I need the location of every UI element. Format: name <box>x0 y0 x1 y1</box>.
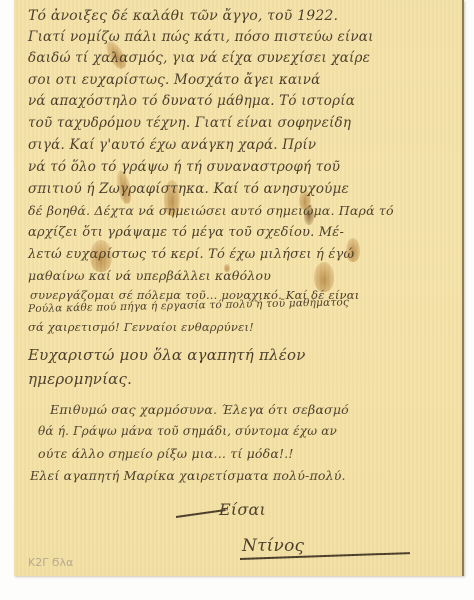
letter-line: λετώ ευχαρίστως τό κερί. Τό έχω μιλήσει … <box>28 247 354 262</box>
letter-line: ούτε άλλο σημείο ρίξω μια... τί μόδα!.! <box>38 446 294 461</box>
letter-line: Ευχαριστώ μου ὅλα αγαπητή πλέον <box>28 346 306 364</box>
letter-line: νά απαχόστηλο τό δυνατό μάθημα. Τό ιστορ… <box>28 93 355 109</box>
letter-line: αρχίζει ὅτι γράψαμε τό μέγα τοῦ σχεδίου.… <box>28 225 344 240</box>
letter-line: ημερομηνίας. <box>28 370 132 388</box>
letter-line: μαθαίνω καί νά υπερβάλλει καθόλου <box>28 268 271 283</box>
letter-paper: Τό ἀνοιξες δέ καλάθι τῶν ἄγγο, τοῦ 1922.… <box>14 0 464 576</box>
letter-line: Επιθυμώ σας χαρμόσυνα. Έλεγα ότι σεβασμό <box>50 402 349 417</box>
letter-line: Ελεί αγαπητή Μαρίκα χαιρετίσματα πολύ-πο… <box>30 468 346 483</box>
letter-line: Τό ἀνοιξες δέ καλάθι τῶν ἄγγο, τοῦ 1922. <box>28 8 338 24</box>
letter-line: θά ή. Γράψω μάνα τοῦ σημάδι, σύντομα έχω… <box>38 424 337 438</box>
letter-line: Γιατί νομίζω πάλι πώς κάτι, πόσο πιστεύω… <box>28 29 374 45</box>
archive-mark: K2Γ Ϭλα <box>28 556 73 569</box>
letter-line: νά τό ὅλο τό γράψω ή τή συναναστροφή τοῦ <box>28 159 340 175</box>
signature: Ντίνος <box>242 536 304 556</box>
letter-line: σιγά. Καί γ'αυτό έχω ανάγκη χαρά. Πρίν <box>28 137 316 153</box>
closing: Είσαι <box>219 500 266 519</box>
letter-line: δέ βοηθά. Δέχτα νά σημειώσει αυτό σημειώ… <box>28 203 394 218</box>
letter-line: σπιτιού ή Ζωγραφίστηκα. Καί τό ανησυχούμ… <box>28 181 349 197</box>
letter-line: σά χαιρετισμό! Γενναίοι ενθαρρύνει! <box>28 320 254 334</box>
letter-line: δαιδώ τί χαλασμός, για νά είχα συνεχίσει… <box>28 50 370 66</box>
letter-line: σοι οτι ευχαρίστως. Μοσχάτο ἄγει καινά <box>28 72 320 88</box>
letter-line: τοῦ ταχυδρόμου τέχνη. Γιατί είναι σοφηνε… <box>28 115 351 131</box>
